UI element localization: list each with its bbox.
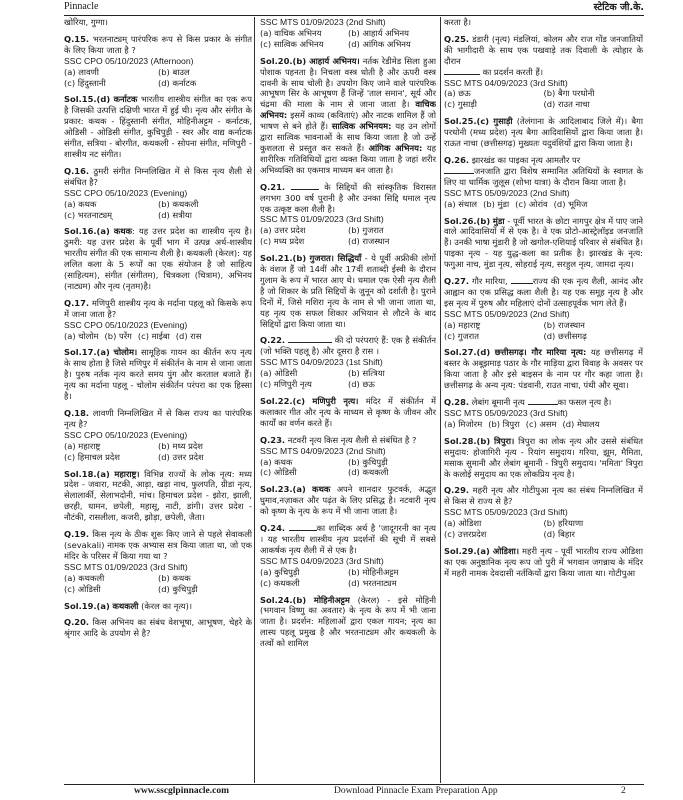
solution-26: Sol.26.(b) मुंडा - पूर्वी भारत के छोटा न… [444,216,643,271]
exam-tag: SSC CPO 05/10/2023 (Evening) [64,430,252,441]
page-footer: www.sscglpinnacle.com Download Pinnacle … [64,784,644,800]
options: (a) छऊ(b) बैगा परधोनी (c) गुसाड़ी(d) राउ… [444,88,643,110]
exam-tag: SSC CPO 05/10/2023 (Afternoon) [64,56,252,67]
content-columns: खोरिया, गुग्गा। Q.15. भरतनाट्यम् पारंपरि… [64,17,644,783]
solution-22: Sol.22.(c) मणिपुरी नृत्य। मंदिर में संकी… [260,396,436,429]
exam-tag: SSC MTS 01/09/2023 (3rd Shift) [64,562,252,573]
exam-tag: SSC MTS 04/09/2023 (3rd Shift) [444,78,643,89]
question-28: Q.28. लेबांग बूमानी नृत्य का फसल नृत्य ह… [444,397,643,430]
question-20-continued: SSC MTS 01/09/2023 (2nd Shift) (a) वाचिक… [260,17,436,50]
question-19: Q.19. किस नृत्य के ठीक शुरू किए जाने से … [64,529,252,594]
column-divider [440,17,441,783]
question-18: Q.18. लावणी निम्नलिखित में से किस राज्य … [64,408,252,463]
options: (a) ओडिसी(b) सत्त्रिया (c) मणिपुरी नृत्य… [260,368,436,390]
exam-tag: SSC MTS 01/09/2023 (3rd Shift) [260,214,436,225]
question-16: Q.16. ठुमरी संगीत निम्नलिखित में से किस … [64,166,252,221]
question-27: Q.27. गौर मारिया, राज्य की एक नृत्य शैली… [444,276,643,341]
options: (a) उत्तर प्रदेश(b) गुजरात (c) मध्य प्रद… [260,225,436,247]
options: (a) संथाल(b) मुंडा (c) ओरांव(d) भूमिज [444,199,643,210]
question-20: Q.20. किस अभिनय का संबंध वेशभूषा, आभूषण,… [64,617,252,639]
question-22: Q.22. की दो परंपराएं हैं: एक है संकीर्तन… [260,335,436,390]
carryover-text: खोरिया, गुग्गा। [64,17,252,28]
solution-24: Sol.24.(b) मोहिनीअट्टम (केरल) - इसे मोहि… [260,595,436,650]
question-23: Q.23. नटवरी नृत्य किस नृत्य शैली से संबं… [260,435,436,479]
options: (a) कुचिपुड़ी(b) मोहिनीअट्टम (c) कथकली(d… [260,567,436,589]
question-24: Q.24. का शाब्दिक अर्थ है 'जादूगरनी का नृ… [260,523,436,588]
solution-27: Sol.27.(d) छत्तीसगढ़। गौर मारिया नृत्य: … [444,347,643,391]
solution-15: Sol.15.(d) कर्नाटक भारतीय शास्त्रीय संगी… [64,94,252,159]
exam-tag: SSC MTS 04/09/2023 (2nd Shift) [260,446,436,457]
options: (a) मिजोरम(b) त्रिपुरा (c) असम(d) मेघालय [444,419,643,430]
solution-29: Sol.29.(a) ओडिशा। महरी नृत्य - पूर्वी भा… [444,546,643,579]
options: (a) कथक(b) कथकली (c) भरतनाट्यम्(d) सत्री… [64,199,252,221]
options: (a) वाचिक अभिनय(b) आहार्य अभिनय (c) सात्… [260,28,436,50]
solution-16: Sol.16.(a) कथक: यह उत्तर प्रदेश का शास्त… [64,226,252,291]
brand-name: Pinnacle [64,1,98,12]
blank [291,183,319,190]
blank [444,68,480,75]
column-2: SSC MTS 01/09/2023 (2nd Shift) (a) वाचिक… [260,17,436,783]
options: (a) चोलोम(b) परेंग (c) माईबा(d) रास [64,331,252,342]
exam-tag: SSC MTS 05/09/2023 (3rd Shift) [444,408,643,419]
solution-23: Sol.23.(a) कथक अपने शानदार फुटवर्क, अद्भ… [260,484,436,517]
options: (a) कथकली(b) कथक (c) ओडिसी(d) कुचिपुड़ी [64,573,252,595]
solution-17: Sol.17.(a) चोलोम। सामूहिक गायन का कीर्तन… [64,347,252,402]
solution-19: Sol.19.(a) कथकली (केरल का नृत्य)। [64,601,252,612]
question-15: Q.15. भरतनाट्यम् पारंपरिक रूप से किस प्र… [64,34,252,89]
exam-tag: SSC MTS 05/09/2023 (3rd Shift) [444,507,643,518]
options: (a) लावणी(b) बाउल (c) हिंदुस्तानी(d) कर्… [64,67,252,89]
question-26: Q.26. झारखंड का पाइका नृत्य आमतौर पर जनज… [444,155,643,210]
solution-20: Sol.20.(b) आहार्य अभिनय। नर्तक रेडीमेड स… [260,56,436,176]
blank [289,524,317,531]
column-1: खोरिया, गुग्गा। Q.15. भरतनाट्यम् पारंपरि… [64,17,252,783]
page-number: 2 [621,786,626,796]
solution-21: Sol.21.(b) गुजरात। सिद्धियाँ - ये पूर्वी… [260,253,436,329]
question-17: Q.17. मणिपुरी शास्त्रीय नृत्य के मर्दाना… [64,298,252,342]
page-header: Pinnacle स्टेटिक जी.के. [64,0,644,16]
blank [288,336,332,343]
exam-tag: SSC MTS 01/09/2023 (2nd Shift) [260,17,436,28]
section-title: स्टेटिक जी.के. [594,0,644,13]
website-link[interactable]: www.sscglpinnacle.com [134,786,229,796]
question-25: Q.25. डंडारी (नृत्य) मंडलियां, कोलम और र… [444,34,643,110]
carryover-text: करता है। [444,17,643,28]
blank [528,398,558,405]
exam-tag: SSC MTS 05/09/2023 (2nd Shift) [444,309,643,320]
exam-tag: SSC MTS 04/09/2023 (1st Shift) [260,357,436,368]
app-promo: Download Pinnacle Exam Preparation App [334,786,498,796]
exam-tag: SSC MTS 05/09/2023 (2nd Shift) [444,188,643,199]
options: (a) कथक(b) कुचिपुड़ी (c) ओडिसी(d) कथकली [260,457,436,479]
column-3: करता है। Q.25. डंडारी (नृत्य) मंडलियां, … [444,17,643,783]
solution-18: Sol.18.(a) महाराष्ट्र। विभिन्न राज्यों क… [64,469,252,524]
column-divider [254,17,255,783]
blank [444,167,474,174]
exam-tag: SSC CPO 05/10/2023 (Evening) [64,188,252,199]
question-29: Q.29. महरी नृत्य और गोटीपुआ नृत्य का संब… [444,485,643,540]
solution-25: Sol.25.(c) गुसाड़ी (तेलंगाना के आदिलाबाद… [444,116,643,149]
blank [511,277,533,284]
exam-tag: SSC CPO 05/10/2023 (Evening) [64,320,252,331]
options: (a) महाराष्ट्र(b) राजस्थान (c) गुजरात(d)… [444,320,643,342]
options: (a) ओडिशा(b) हरियाणा (c) उत्तरप्रदेश(d) … [444,518,643,540]
exam-tag: SSC MTS 04/09/2023 (3rd Shift) [260,556,436,567]
solution-28: Sol.28.(b) त्रिपुरा। त्रिपुरा का लोक नृत… [444,436,643,480]
options: (a) महाराष्ट्र(b) मध्य प्रदेश (c) हिमाचल… [64,441,252,463]
question-21: Q.21. के सिद्दियों की सांस्कृतिक विरासत … [260,182,436,247]
